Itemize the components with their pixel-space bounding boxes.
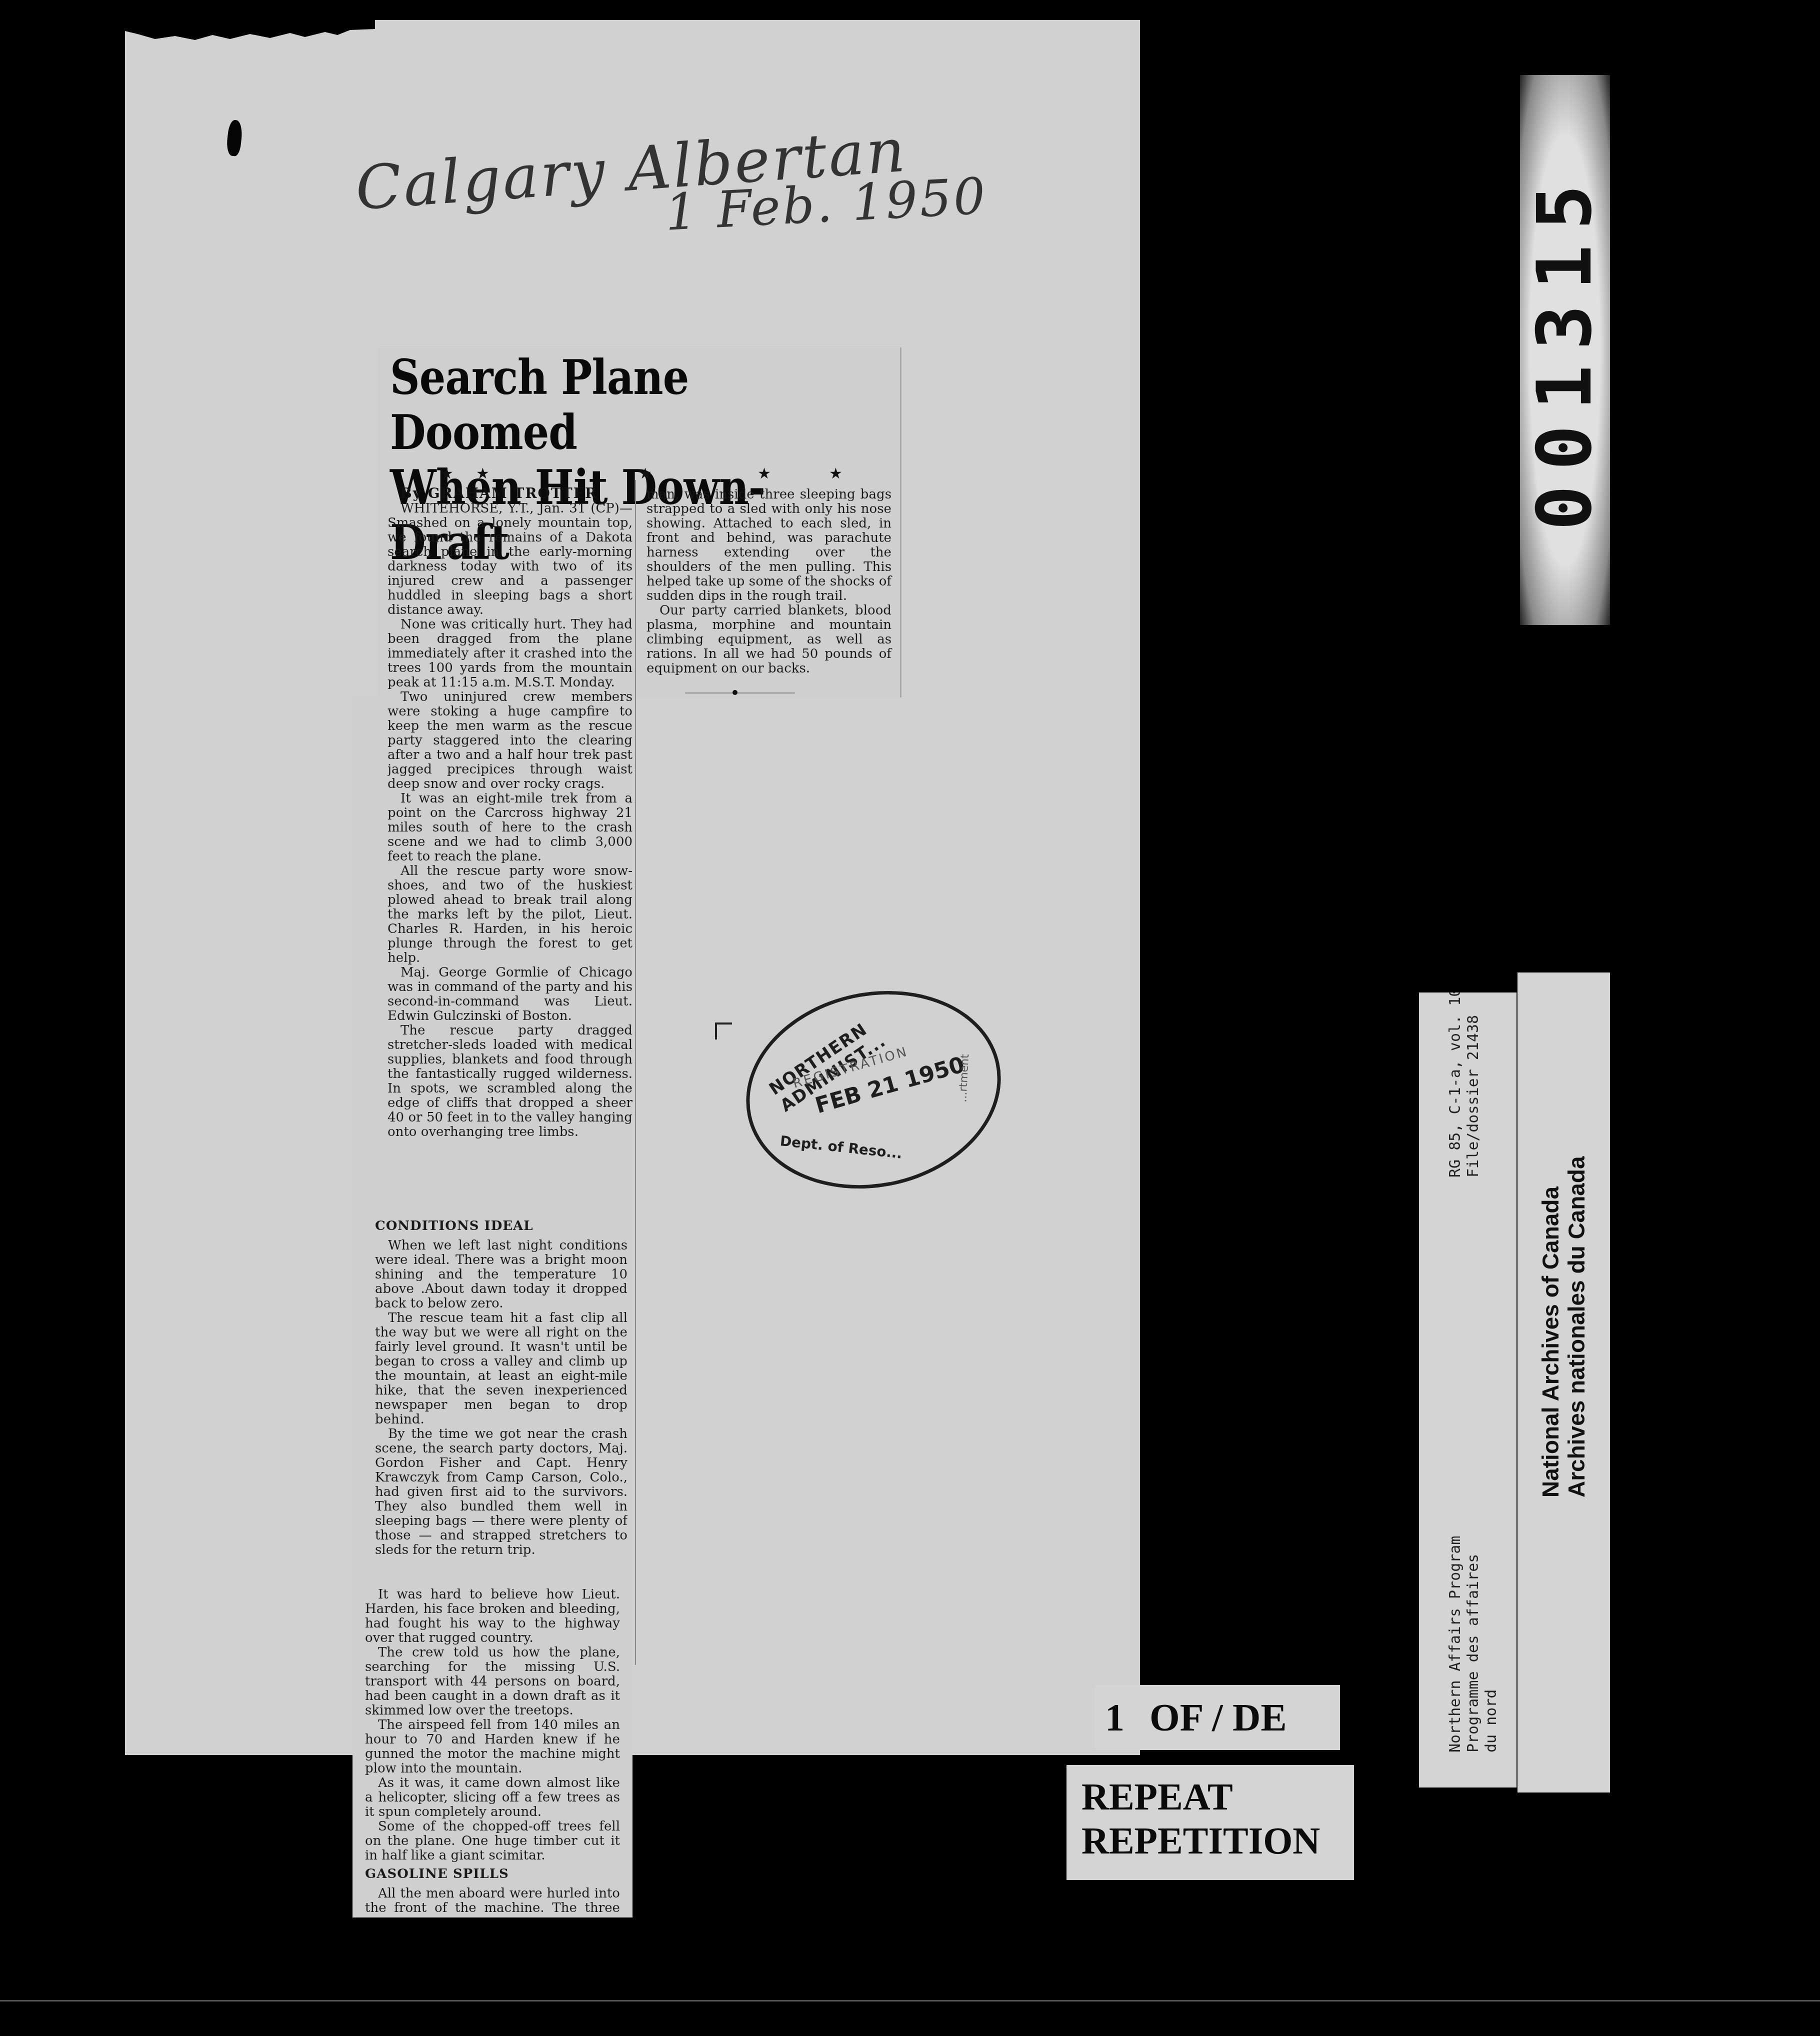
paragraph: When we left last night conditions were …	[375, 1238, 627, 1311]
national-archives-label: National Archives of Canada Archives nat…	[1517, 972, 1610, 1792]
program-line-1: Northern Affairs Program	[1446, 1536, 1464, 1752]
paragraph: The rescue team hit a fast clip all the …	[375, 1311, 627, 1427]
subheading-gasoline-spills: GASOLINE SPILLS	[365, 1867, 620, 1881]
stamp-corner-mark	[715, 1022, 732, 1039]
reference-line-2: File/dossier 21438	[1464, 992, 1482, 1177]
document-page	[125, 20, 1140, 1755]
repeat-english: REPEAT	[1081, 1775, 1354, 1819]
star-icon: ★	[476, 465, 489, 482]
film-edge-line	[0, 2000, 1820, 2001]
column-divider	[635, 480, 636, 1665]
frame-counter: 001315	[1520, 75, 1610, 625]
repeat-card: REPEAT REPETITION	[1066, 1765, 1354, 1880]
stamp-side-text: ...rtment	[956, 1054, 971, 1102]
paragraph: WHITEHORSE, Y.T., Jan. 31 (CP)—Smashed o…	[387, 501, 632, 617]
institution-english: National Archives of Canada	[1537, 1156, 1563, 1497]
paragraph: All the men aboard were hurled into the …	[365, 1886, 620, 1912]
paragraph: Our party carried blankets, blood plasma…	[646, 603, 891, 676]
paragraph: As it was, it came down almost like a he…	[365, 1776, 620, 1819]
reference-text: RG 85, C-1-a, vol. 1039 File/dossier 214…	[1446, 992, 1482, 1177]
institution-french: Archives nationales du Canada	[1563, 1156, 1589, 1497]
sequence-number: 1	[1105, 1695, 1124, 1739]
star-icon: ★	[829, 465, 842, 482]
star-icon: ★	[440, 465, 453, 482]
repeat-french: REPETITION	[1081, 1819, 1354, 1863]
frame-counter-digits: 001315	[1521, 169, 1608, 530]
sequence-label: OF / DE	[1149, 1695, 1286, 1739]
archive-reference-label: RG 85, C-1-a, vol. 1039 File/dossier 214…	[1419, 992, 1516, 1787]
star-icon: ★	[757, 465, 771, 482]
paragraph: The airspeed fell from 140 miles an hour…	[365, 1718, 620, 1776]
institution-text: National Archives of Canada Archives nat…	[1537, 1156, 1589, 1497]
program-line-2: Programme des affaires	[1464, 1536, 1482, 1752]
paragraph: man, was inside three sleeping bags stra…	[646, 487, 891, 603]
program-line-3: du nord	[1482, 1536, 1500, 1752]
paragraph: Some of the chopped-off trees fell on th…	[365, 1819, 620, 1863]
article-column-section-2b: It was hard to believe how Lieut. Harden…	[365, 1587, 620, 1912]
article-column-left: WHITEHORSE, Y.T., Jan. 31 (CP)—Smashed o…	[387, 501, 632, 1211]
star-icon: ★	[638, 465, 652, 482]
article-end-dot	[732, 690, 737, 695]
reference-line-1: RG 85, C-1-a, vol. 1039	[1446, 992, 1464, 1177]
paragraph: The rescue party dragged stretcher-sleds…	[387, 1023, 632, 1139]
article-byline: By GRAHAM TROTTER	[400, 485, 597, 501]
program-text: Northern Affairs Program Programme des a…	[1446, 1536, 1500, 1752]
sequence-card: 1OF / DE	[1095, 1685, 1340, 1750]
article-column-right: man, was inside three sleeping bags stra…	[646, 487, 891, 676]
subheading-conditions-ideal: CONDITIONS IDEAL	[375, 1219, 627, 1233]
headline-line-1: Search Plane Doomed	[390, 350, 820, 460]
paragraph: It was hard to believe how Lieut. Harden…	[365, 1587, 620, 1645]
paragraph: Maj. George Gormlie of Chicago was in co…	[387, 965, 632, 1023]
article-column-section-2: CONDITIONS IDEAL When we left last night…	[375, 1215, 627, 1595]
stamp-bottom-text: Dept. of Reso...	[779, 1132, 903, 1161]
article-end-rule	[685, 692, 795, 693]
paragraph: The crew told us how the plane, searchin…	[365, 1645, 620, 1718]
paragraph: All the rescue party wore snow-shoes, an…	[387, 864, 632, 965]
paragraph: By the time we got near the crash scene,…	[375, 1427, 627, 1557]
paragraph: None was critically hurt. They had been …	[387, 617, 632, 690]
paragraph: It was an eight-mile trek from a point o…	[387, 791, 632, 864]
paragraph: Two uninjured crew members were stoking …	[387, 690, 632, 791]
